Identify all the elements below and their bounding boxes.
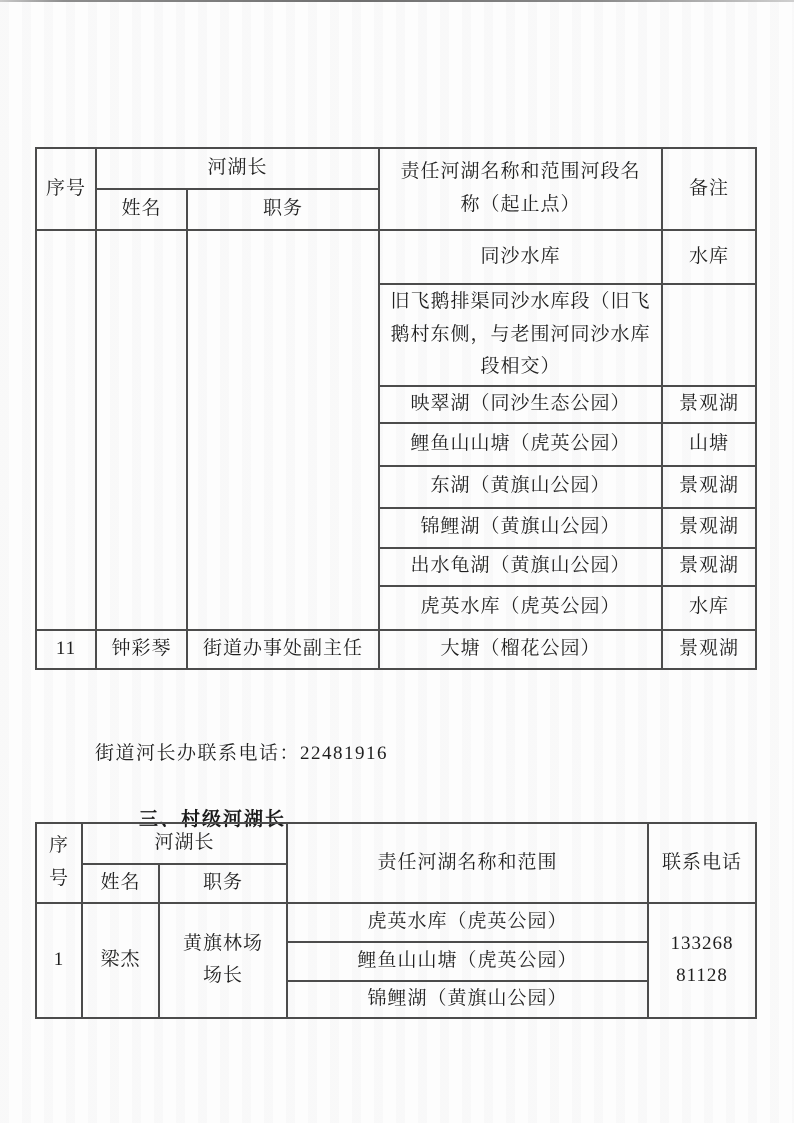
header-chief-group: 河湖长 (96, 148, 379, 189)
header-index: 序 号 (36, 823, 82, 903)
cell-chief-position: 黄旗林场 场长 (159, 903, 287, 1018)
street-level-chief-table: 序号 河湖长 责任河湖名称和范围河段名 称（起止点） 备注 姓名 职务 同沙水库… (35, 147, 757, 670)
header-scope: 责任河湖名称和范围河段名 称（起止点） (379, 148, 662, 230)
cell-remark (662, 284, 756, 386)
cell-remark: 景观湖 (662, 548, 756, 586)
cell-remark: 水库 (662, 586, 756, 630)
cell-remark: 景观湖 (662, 630, 756, 669)
cell-water-body-name: 东湖（黄旗山公园） (379, 466, 662, 508)
cell-water-body-name: 旧飞鹅排渠同沙水库段（旧飞 鹅村东侧，与老围河同沙水库 段相交） (379, 284, 662, 386)
cell-water-body-name: 锦鲤湖（黄旗山公园） (287, 981, 648, 1018)
header-phone: 联系电话 (648, 823, 756, 903)
cell-remark: 水库 (662, 230, 756, 284)
scan-edge-artifact (0, 0, 794, 2)
cell-name-empty (96, 230, 187, 630)
header-position: 职务 (159, 864, 287, 903)
cell-water-body-name: 映翠湖（同沙生态公园） (379, 386, 662, 423)
cell-remark: 山塘 (662, 423, 756, 466)
cell-index: 11 (36, 630, 96, 669)
header-index: 序号 (36, 148, 96, 230)
cell-water-body-name: 虎英水库（虎英公园） (379, 586, 662, 630)
cell-phone: 133268 81128 (648, 903, 756, 1018)
header-scope: 责任河湖名称和范围 (287, 823, 648, 903)
header-chief-group: 河湖长 (82, 823, 287, 864)
cell-water-body-name: 锦鲤湖（黄旗山公园） (379, 508, 662, 548)
cell-remark: 景观湖 (662, 386, 756, 423)
cell-chief-name: 梁杰 (82, 903, 159, 1018)
table-row: 同沙水库 水库 (36, 230, 756, 284)
cell-index-empty (36, 230, 96, 630)
table-row-chief-1: 1 梁杰 黄旗林场 场长 虎英水库（虎英公园） 133268 81128 (36, 903, 756, 942)
cell-water-body-name: 虎英水库（虎英公园） (287, 903, 648, 942)
cell-water-body-name: 出水龟湖（黄旗山公园） (379, 548, 662, 586)
cell-water-body-name: 鲤鱼山山塘（虎英公园） (287, 942, 648, 981)
village-level-chief-table: 序 号 河湖长 责任河湖名称和范围 联系电话 姓名 职务 1 梁杰 黄旗林场 场… (35, 822, 757, 1019)
cell-chief-position: 街道办事处副主任 (187, 630, 379, 669)
cell-remark: 景观湖 (662, 466, 756, 508)
cell-water-body-name: 大塘（榴花公园） (379, 630, 662, 669)
header-remark: 备注 (662, 148, 756, 230)
cell-position-empty (187, 230, 379, 630)
cell-water-body-name: 鲤鱼山山塘（虎英公园） (379, 423, 662, 466)
cell-remark: 景观湖 (662, 508, 756, 548)
cell-chief-name: 钟彩琴 (96, 630, 187, 669)
header-position: 职务 (187, 189, 379, 230)
table-row-chief-11: 11 钟彩琴 街道办事处副主任 大塘（榴花公园） 景观湖 (36, 630, 756, 669)
cell-water-body-name: 同沙水库 (379, 230, 662, 284)
scanned-document-page: 序号 河湖长 责任河湖名称和范围河段名 称（起止点） 备注 姓名 职务 同沙水库… (0, 0, 794, 1123)
street-chief-office-phone-note: 街道河长办联系电话：22481916 (95, 738, 388, 765)
header-name: 姓名 (82, 864, 159, 903)
cell-index: 1 (36, 903, 82, 1018)
header-name: 姓名 (96, 189, 187, 230)
